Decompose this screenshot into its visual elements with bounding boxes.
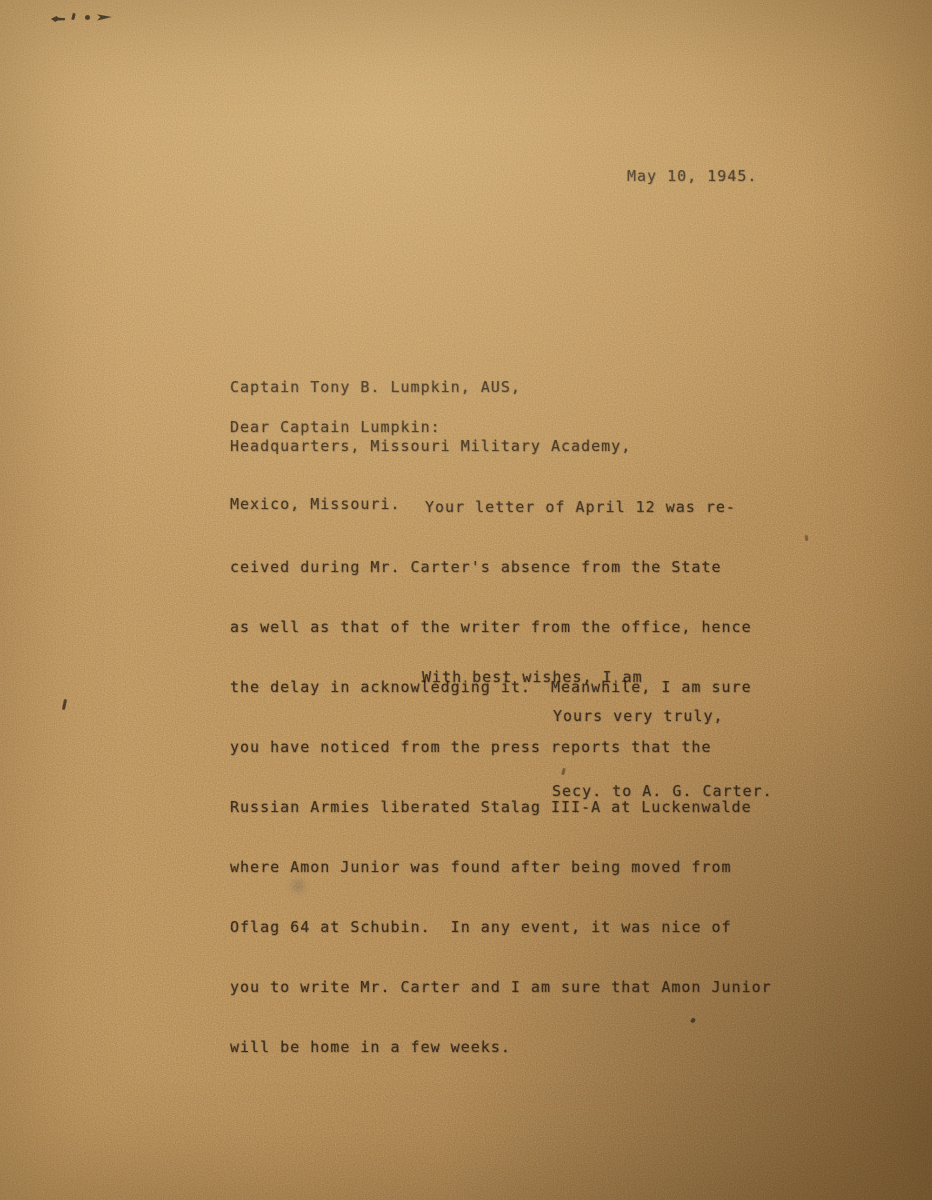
letter-body: Your letter of April 12 was re- ceived d… — [230, 457, 772, 1097]
body-line: will be home in a few weeks. — [230, 1037, 772, 1057]
body-line: Oflag 64 at Schubin. In any event, it wa… — [230, 917, 772, 937]
closing-line: With best wishes, I am — [422, 667, 643, 687]
scanned-letter-page: May 10, 1945. Captain Tony B. Lumpkin, A… — [0, 0, 932, 1200]
signature-line: Secy. to A. G. Carter. — [552, 781, 773, 801]
body-line: ceived during Mr. Carter's absence from … — [230, 557, 772, 577]
recipient-line: Captain Tony B. Lumpkin, AUS, — [230, 378, 631, 398]
ink-dot-icon — [85, 15, 90, 20]
body-line: you have noticed from the press reports … — [230, 737, 772, 757]
recipient-line: Headquarters, Missouri Military Academy, — [230, 437, 631, 457]
body-line: you to write Mr. Carter and I am sure th… — [230, 977, 772, 997]
paper-smudge — [288, 876, 308, 896]
body-line: Your letter of April 12 was re- — [230, 497, 772, 517]
letter-date: May 10, 1945. — [627, 166, 757, 186]
body-line: as well as that of the writer from the o… — [230, 617, 772, 637]
salutation: Dear Captain Lumpkin: — [230, 417, 441, 437]
body-line: where Amon Junior was found after being … — [230, 857, 772, 877]
valediction: Yours very truly, — [553, 706, 724, 726]
